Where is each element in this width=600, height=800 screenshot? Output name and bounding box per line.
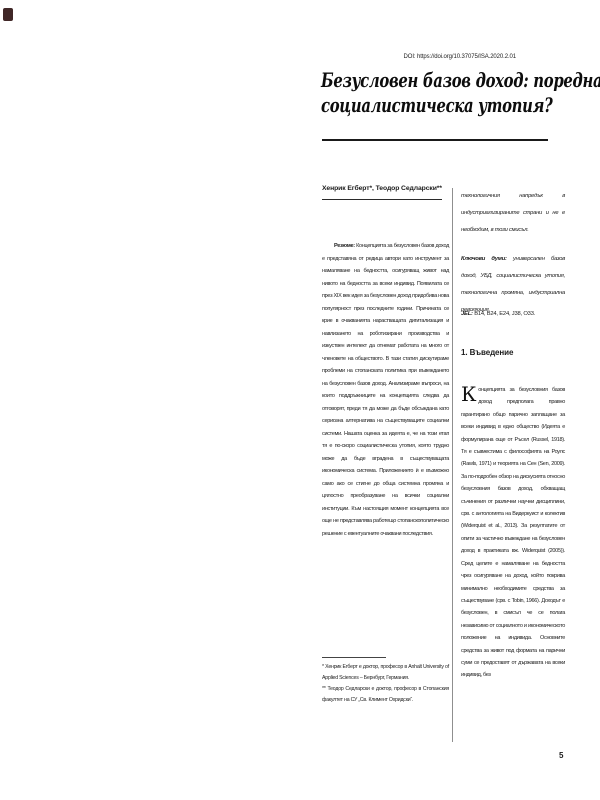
article-title-line1: Безусловен базов доход: поредната [321, 68, 600, 93]
footnotes-block: * Хенрик Егберт е доктор, професор в Anh… [322, 662, 449, 706]
abstract-paragraph: Резюме: Концепцията за безусловен базов … [322, 240, 449, 540]
footnote-author1: * Хенрик Егберт е доктор, професор в Anh… [322, 662, 449, 683]
abstract-label: Резюме: [334, 243, 355, 249]
introduction-paragraph: Концепцията за безусловния базов доход п… [461, 384, 565, 682]
scan-corner-mark [3, 8, 13, 21]
article-title: Безусловен базов доход: поредната социал… [321, 68, 600, 117]
authors-line: Хенрик Егберт*, Теодор Седларски** [322, 185, 442, 200]
title-rule [322, 139, 548, 141]
keywords-text: универсален базов доход, УБД, социалисти… [461, 256, 565, 313]
keywords-label: Ключови думи: [461, 256, 507, 262]
article-title-line2: социалистическа утопия? [321, 93, 600, 118]
drop-cap: К [461, 384, 478, 405]
jel-line: JEL: B14, B24, E24, J38, O33. [461, 311, 565, 317]
footnote-rule [322, 657, 386, 658]
footnote-author2: ** Теодор Седларски е доктор, професор в… [322, 684, 449, 705]
abstract-text: Концепцията за безусловен базов доход е … [322, 243, 449, 537]
scanned-paper-page: DOI: https://doi.org/10.37075/ISA.2020.2… [0, 0, 600, 800]
introduction-text: онцепцията за безусловния базов доход пр… [461, 387, 565, 678]
jel-codes: B14, B24, E24, J38, O33. [474, 311, 535, 317]
section-heading-introduction: 1. Въведение [461, 348, 565, 357]
doi-text: DOI: https://doi.org/10.37075/ISA.2020.2… [320, 54, 516, 60]
jel-label: JEL: [461, 311, 473, 317]
page-number: 5 [559, 751, 563, 760]
column-divider [452, 188, 453, 742]
keywords-paragraph: Ключови думи: универсален базов доход, У… [461, 251, 565, 319]
abstract-continuation: технологичния напредък в индустриализира… [461, 188, 565, 239]
